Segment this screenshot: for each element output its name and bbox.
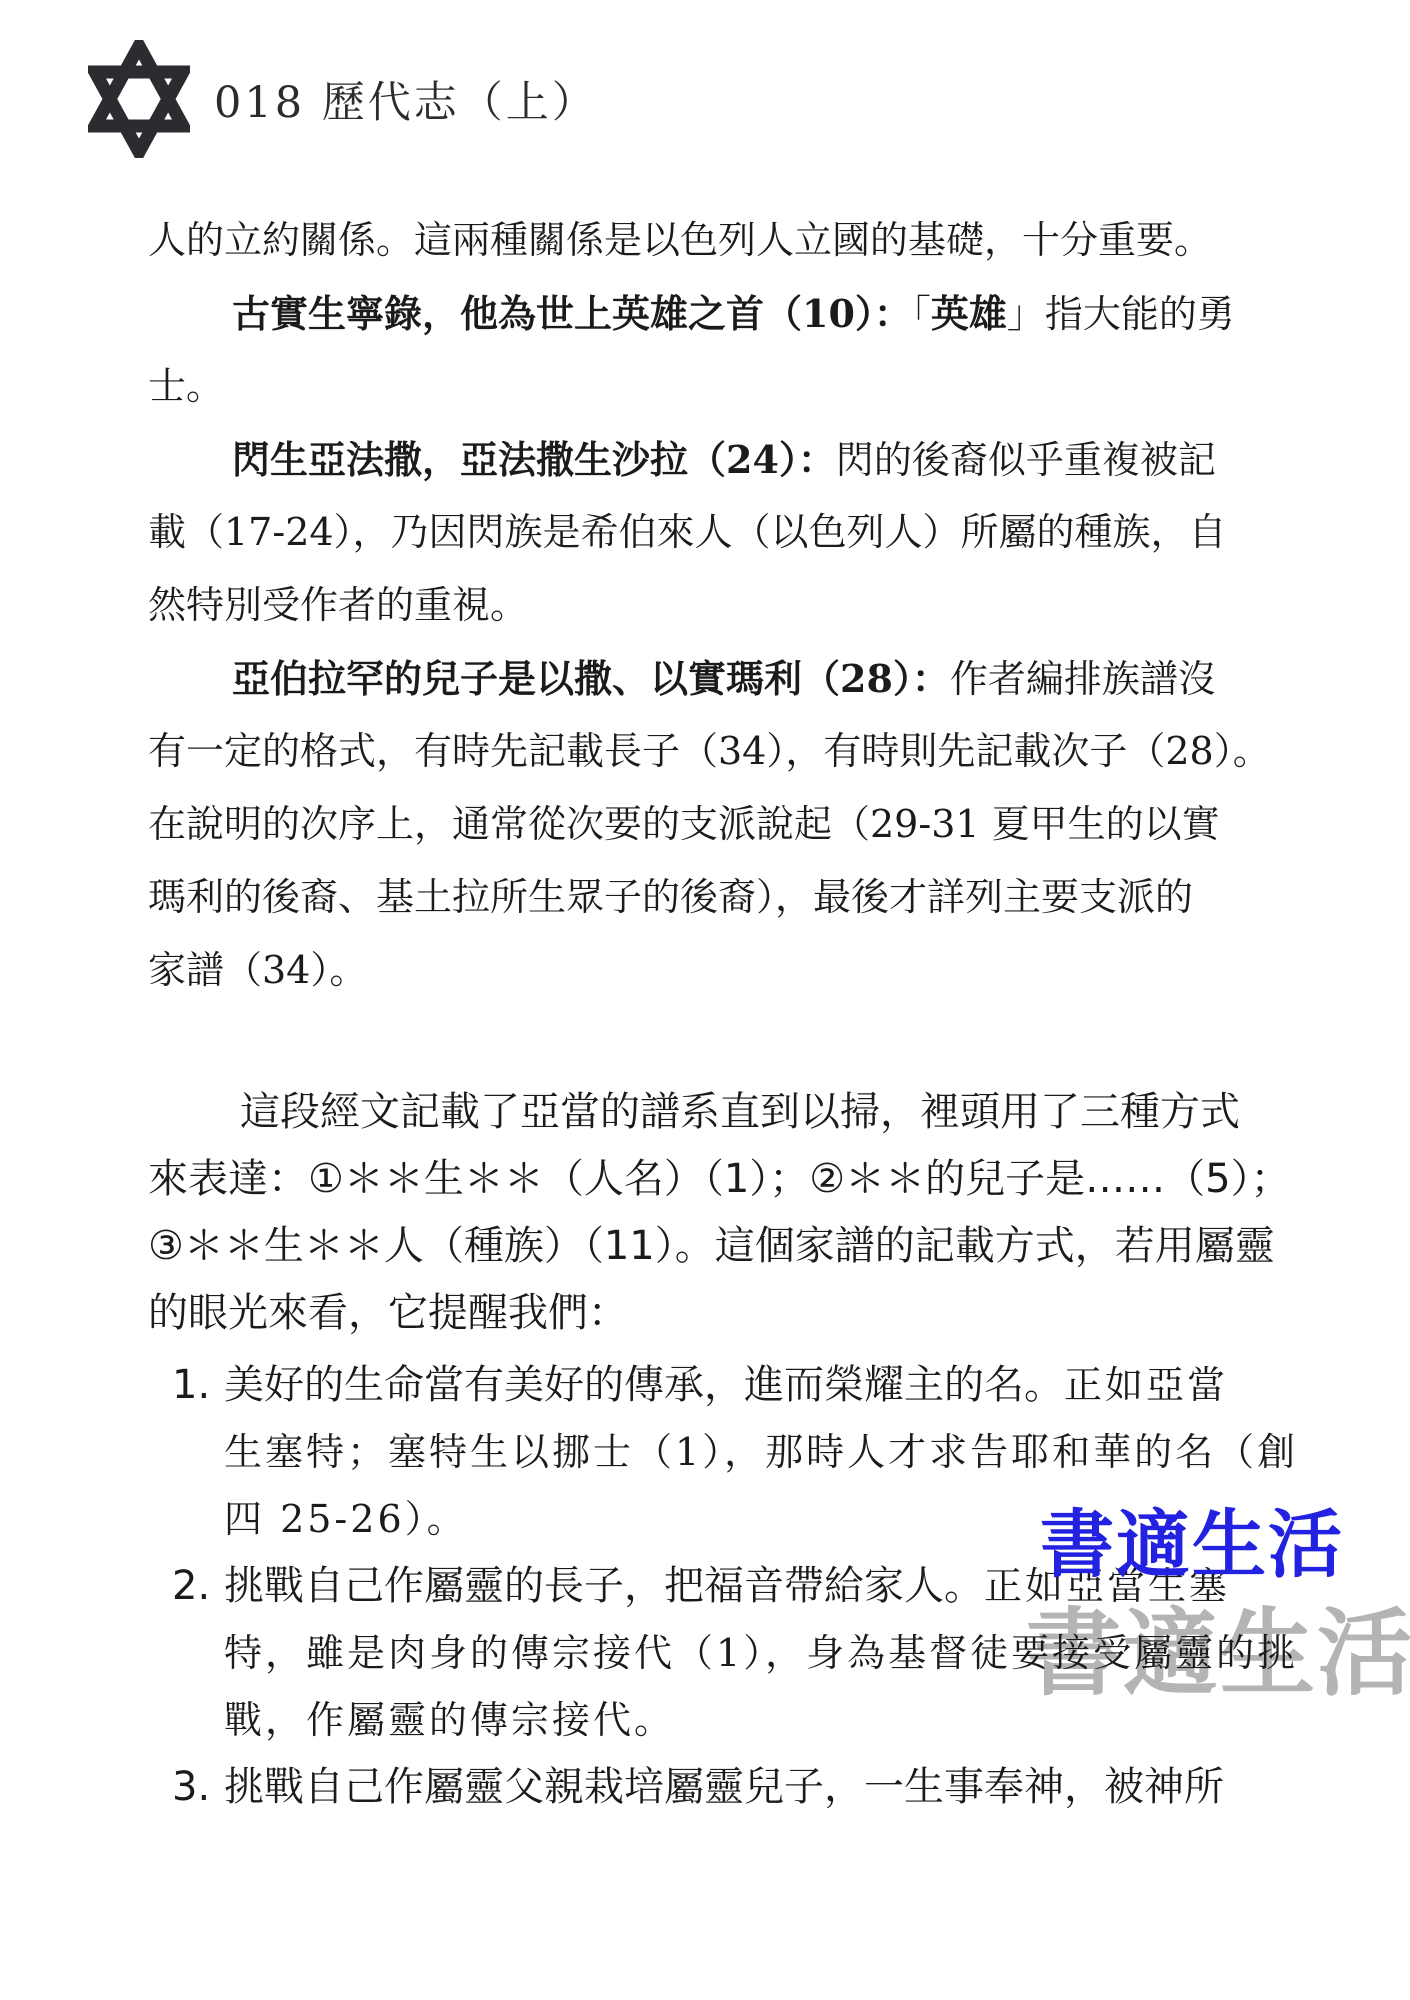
text-line: 瑪利的後裔、基土拉所生眾子的後裔），最後才詳列主要支派的 [148,861,1268,934]
text-line: 生塞特；塞特生以挪士（1），那時人才求告耶和華的名（創 [172,1419,1392,1486]
text-line: 戰，作屬靈的傳宗接代。 [172,1687,1392,1754]
text-line: 然特別受作者的重視。 [148,569,1268,642]
text-line: 這段經文記載了亞當的譜系直到以掃，裡頭用了三種方式 [148,1078,1368,1145]
text-segment: 美好的生命當有美好的傳承，進而榮耀主的名。 [224,1362,1064,1408]
text-line: 來表達：①＊＊生＊＊（人名）（1）；②＊＊的兒子是……（5）； [148,1145,1368,1212]
text-line: 亞伯拉罕的兒子是以撒、以實瑪利（28）：作者編排族譜沒 [148,642,1268,715]
text-line: 家譜（34）。 [148,934,1268,1007]
text-segment: ③＊＊生＊＊人（種族）（11）。這個家譜的記載方式，若用屬靈 [148,1223,1275,1269]
text-segment: 閃的後裔似乎重複被記 [836,438,1216,482]
book-page: 018 歷代志（上） 人的立約關係。這兩種關係是以色列人立國的基礎，十分重要。古… [0,0,1410,2000]
text-segment: 人的立約關係。這兩種關係是以色列人立國的基礎，十分重要。 [148,218,1212,262]
text-segment: 正如亞當 [1064,1363,1228,1407]
text-line: 載（17-24），乃因閃族是希伯來人（以色列人）所屬的種族，自 [148,496,1268,569]
star-of-david-icon [88,40,190,158]
list-number: 3. [172,1754,210,1821]
text-segment: 作者編排族譜沒 [950,657,1216,701]
text-line: 3.挑戰自己作屬靈父親栽培屬靈兒子，一生事奉神，被神所 [172,1754,1392,1821]
commentary-section: 人的立約關係。這兩種關係是以色列人立國的基礎，十分重要。古實生寧錄，他為世上英雄… [148,204,1268,1007]
list-number: 1. [172,1352,210,1419]
text-segment: 家譜（34）。 [148,948,367,992]
text-line: ③＊＊生＊＊人（種族）（11）。這個家譜的記載方式，若用屬靈 [148,1212,1368,1279]
text-line: 在說明的次序上，通常從次要的支派說起（29-31 夏甲生的以實 [148,788,1268,861]
application-section: 這段經文記載了亞當的譜系直到以掃，裡頭用了三種方式來表達：①＊＊生＊＊（人名）（… [148,1078,1368,1346]
text-segment: 亞伯拉罕的兒子是以撒、以實瑪利（28）： [232,656,950,701]
text-segment: 的眼光來看，它提醒我們： [148,1290,628,1336]
list-number: 2. [172,1553,210,1620]
text-segment: 古實生寧錄，他為世上英雄之首（10）： [232,291,912,336]
text-segment: 特，雖是肉身的傳宗接代（1），身為基督徒要接受屬靈的挑 [224,1631,1298,1675]
text-segment: 士。 [148,364,224,408]
text-line: 人的立約關係。這兩種關係是以色列人立國的基礎，十分重要。 [148,204,1268,277]
text-line: 1.美好的生命當有美好的傳承，進而榮耀主的名。正如亞當 [172,1352,1392,1419]
text-segment: 然特別受作者的重視。 [148,583,528,627]
text-line: 士。 [148,350,1268,423]
text-segment: 瑪利的後裔、基土拉所生眾子的後裔），最後才詳列主要支派的 [148,875,1193,919]
text-segment: 來表達：①＊＊生＊＊（人名）（1）；②＊＊的兒子是……（5）； [148,1156,1291,1202]
text-segment: 挑戰自己作屬靈父親栽培屬靈兒子，一生事奉神，被神所 [224,1764,1224,1810]
text-segment: 有一定的格式，有時先記載長子（34），有時則先記載次子（28）。 [148,729,1271,773]
text-segment: 閃生亞法撒，亞法撒生沙拉（24）： [232,437,836,482]
text-segment: 生塞特；塞特生以挪士（1），那時人才求告耶和華的名（創 [224,1430,1298,1474]
text-line: 有一定的格式，有時先記載長子（34），有時則先記載次子（28）。 [148,715,1268,788]
text-segment: 在說明的次序上，通常從次要的支派說起（29-31 夏甲生的以實 [148,802,1220,846]
running-head-title: 018 歷代志（上） [214,69,598,130]
watermark-blue: 書適生活 [1040,1486,1344,1592]
text-segment: 挑戰自己作屬靈的長子，把福音帶給家人。 [224,1563,984,1609]
text-line: 閃生亞法撒，亞法撒生沙拉（24）：閃的後裔似乎重複被記 [148,423,1268,496]
text-segment: 載（17-24），乃因閃族是希伯來人（以色列人）所屬的種族，自 [148,510,1227,554]
text-segment: 這段經文記載了亞當的譜系直到以掃，裡頭用了三種方式 [240,1089,1240,1135]
text-segment: 」指大能的勇 [1007,292,1235,336]
page-header: 018 歷代志（上） [88,40,598,158]
text-line: 古實生寧錄，他為世上英雄之首（10）：「英雄」指大能的勇 [148,277,1268,350]
text-segment: 四 25-26）。 [224,1497,468,1541]
text-line: 特，雖是肉身的傳宗接代（1），身為基督徒要接受屬靈的挑 [172,1620,1392,1687]
text-segment: 英雄 [931,291,1007,336]
text-line: 的眼光來看，它提醒我們： [148,1279,1368,1346]
text-segment: 「 [912,292,931,336]
text-segment: 戰，作屬靈的傳宗接代。 [224,1698,675,1742]
